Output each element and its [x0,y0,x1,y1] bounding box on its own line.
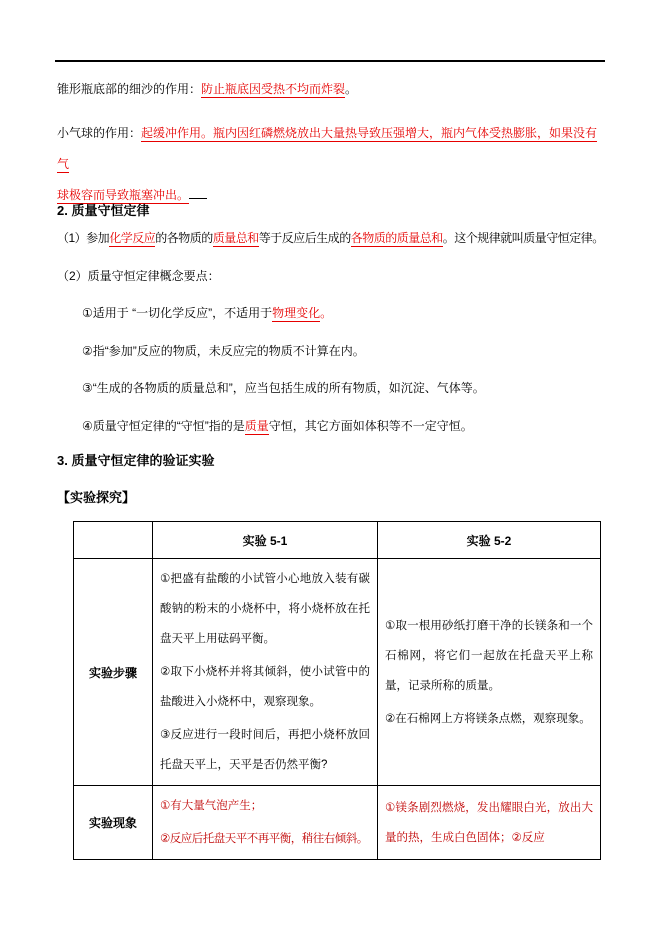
row-label-phenomena: 实验现象 [74,786,153,860]
point-3: ③“生成的各物质的质量总和”，应当包括生成的所有物质，如沉淀、气体等。 [82,381,485,396]
paragraph-law-definition: （1）参加化学反应的各物质的质量总和等于反应后生成的各物质的质量总和。这个规律就… [57,231,604,246]
point-1-term: 物理变化 [272,306,320,322]
paragraph-sand-function: 锥形瓶底部的细沙的作用：防止瓶底因受热不均而炸裂。 [57,82,357,97]
steps-5-2-item-1: ①取一根用砂纸打磨干净的长镁条和一个石棉网，将它们一起放在托盘天平上称量，记录所… [385,611,593,701]
steps-5-1-item-2: ②取下小烧杯并将其倾斜，使小试管中的盐酸进入小烧杯中，观察现象。 [160,657,370,717]
point-4-term: 质量 [245,419,269,435]
phenomena-cell-5-2: ①镁条剧烈燃烧，发出耀眼白光，放出大量的热，生成白色固体；②反应 [378,786,601,860]
law-prefix: （1）参加 [57,231,109,245]
section-2-heading: 2. 质量守恒定律 [57,203,149,218]
balloon-answer-line2: 球极容而导致瓶塞冲出。 [57,188,189,204]
sand-label: 锥形瓶底部的细沙的作用： [57,82,201,96]
phenomena-cell-5-1: ①有大量气泡产生； ②反应后托盘天平不再平衡，稍往右倾斜。 [153,786,378,860]
law-suffix: 。这个规律就叫质量守恒定律。 [443,231,604,245]
header-experiment-5-1: 实验 5-1 [153,522,378,559]
law-mid-2: 等于反应后生成的 [259,231,351,245]
sand-period: 。 [345,82,357,96]
phenomena-5-1-item-1: ①有大量气泡产生； [160,791,370,821]
point-1: ①适用于 “一切化学反应”，不适用于物理变化。 [82,306,332,321]
phenomena-5-1-item-2: ②反应后托盘天平不再平衡，稍往右倾斜。 [160,824,370,854]
phenomena-5-2-item-1: ①镁条剧烈燃烧，发出耀眼白光，放出大量的热，生成白色固体；②反应 [385,793,593,853]
paragraph-balloon-function: 小气球的作用：起缓冲作用。瓶内因红磷燃烧放出大量热导致压强增大，瓶内气体受热膨胀… [57,118,609,211]
steps-cell-5-1: ①把盛有盐酸的小试管小心地放入装有碳酸钠的粉末的小烧杯中，将小烧杯放在托盘天平上… [153,559,378,786]
point-4: ④质量守恒定律的“守恒”指的是质量守恒，其它方面如体积等不一定守恒。 [82,419,473,434]
point-4-suf: 守恒，其它方面如体积等不一定守恒。 [269,419,473,433]
document-page: 锥形瓶底部的细沙的作用：防止瓶底因受热不均而炸裂。 小气球的作用：起缓冲作用。瓶… [0,0,661,935]
point-1-period: 。 [320,306,332,320]
law-mid-1: 的各物质的 [155,231,213,245]
row-label-steps: 实验步骤 [74,559,153,786]
steps-5-1-item-1: ①把盛有盐酸的小试管小心地放入装有碳酸钠的粉末的小烧杯中，将小烧杯放在托盘天平上… [160,564,370,654]
balloon-label: 小气球的作用： [57,126,141,140]
point-4-pre: ④质量守恒定律的“守恒”指的是 [82,419,245,433]
experiment-table: 实验 5-1 实验 5-2 实验步骤 ①把盛有盐酸的小试管小心地放入装有碳酸钠的… [73,521,601,860]
section-3-heading: 3. 质量守恒定律的验证实验 [57,453,214,468]
table-row-phenomena: 实验现象 ①有大量气泡产生； ②反应后托盘天平不再平衡，稍往右倾斜。 ①镁条剧烈… [74,786,601,860]
point-2: ②指“参加”反应的物质，未反应完的物质不计算在内。 [82,344,365,359]
table-row-steps: 实验步骤 ①把盛有盐酸的小试管小心地放入装有碳酸钠的粉末的小烧杯中，将小烧杯放在… [74,559,601,786]
header-empty-cell [74,522,153,559]
underline-blank [189,186,207,199]
point-1-pre: ①适用于 “一切化学反应”，不适用于 [82,306,272,320]
law-term-2: 质量总和 [213,231,259,247]
law-term-1: 化学反应 [109,231,155,247]
experiment-explore-label: 【实验探究】 [57,490,135,505]
paragraph-points-intro: （2）质量守恒定律概念要点： [57,269,220,284]
header-experiment-5-2: 实验 5-2 [378,522,601,559]
law-term-3: 各物质的质量总和 [351,231,443,247]
table-header-row: 实验 5-1 实验 5-2 [74,522,601,559]
steps-cell-5-2: ①取一根用砂纸打磨干净的长镁条和一个石棉网，将它们一起放在托盘天平上称量，记录所… [378,559,601,786]
steps-5-1-item-3: ③反应进行一段时间后，再把小烧杯放回托盘天平上，天平是否仍然平衡? [160,720,370,780]
sand-answer: 防止瓶底因受热不均而炸裂 [201,82,345,98]
header-divider [55,60,605,62]
steps-5-2-item-2: ②在石棉网上方将镁条点燃，观察现象。 [385,704,593,734]
